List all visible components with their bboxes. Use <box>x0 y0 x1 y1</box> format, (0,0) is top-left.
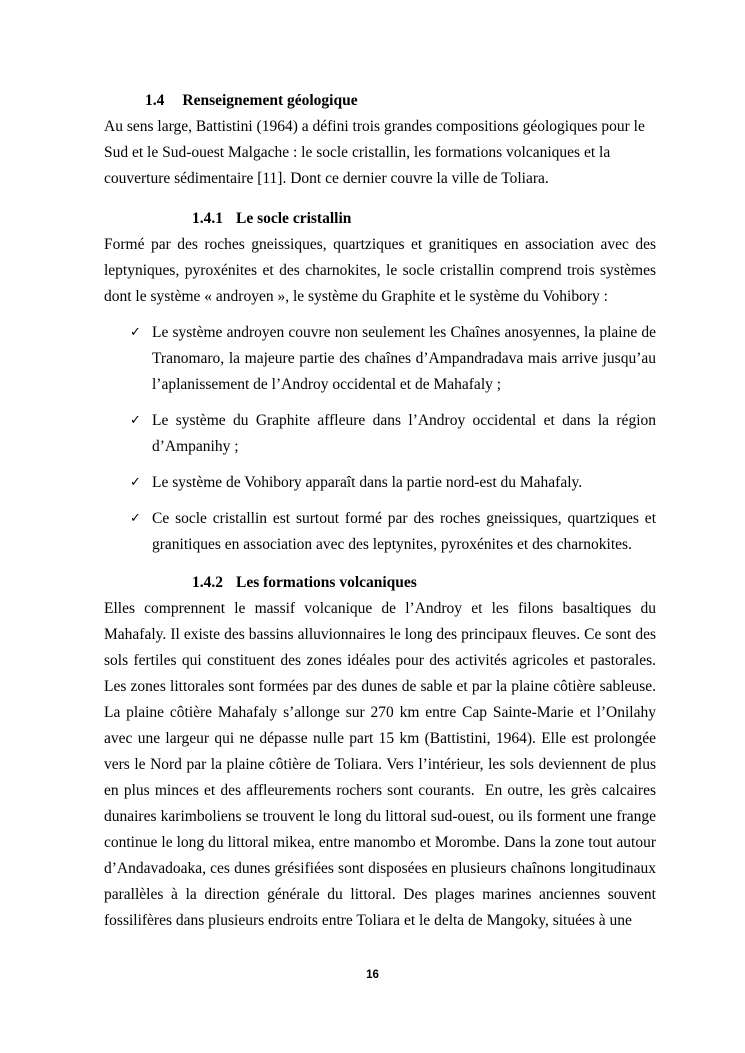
list-item-text: Le système du Graphite affleure dans l’A… <box>152 408 656 460</box>
checkmark-icon: ✓ <box>130 408 152 460</box>
paragraph: Elles comprennent le massif volcanique d… <box>104 596 656 934</box>
section-socle-cristallin: 1.4.1 Le socle cristallin Formé par des … <box>104 206 656 558</box>
checkmark-icon: ✓ <box>130 470 152 496</box>
heading-title: Le socle cristallin <box>236 206 351 232</box>
list-item-text: Le système androyen couvre non seulement… <box>152 320 656 398</box>
section-renseignement-geologique: 1.4 Renseignement géologique Au sens lar… <box>104 88 656 192</box>
document-page: 1.4 Renseignement géologique Au sens lar… <box>0 0 745 1053</box>
heading-number: 1.4.1 <box>192 206 223 232</box>
list-item-text: Le système de Vohibory apparaît dans la … <box>152 470 656 496</box>
page-content: 1.4 Renseignement géologique Au sens lar… <box>104 88 656 934</box>
section-formations-volcaniques: 1.4.2 Les formations volcaniques Elles c… <box>104 570 656 934</box>
paragraph: Formé par des roches gneissiques, quartz… <box>104 232 656 310</box>
list-item: ✓ Le système du Graphite affleure dans l… <box>130 408 656 460</box>
section-heading: 1.4.1 Le socle cristallin <box>104 206 656 232</box>
check-list: ✓ Le système androyen couvre non seuleme… <box>104 320 656 558</box>
page-number: 16 <box>366 969 379 981</box>
list-item: ✓ Ce socle cristallin est surtout formé … <box>130 506 656 558</box>
section-heading: 1.4 Renseignement géologique <box>104 88 656 114</box>
heading-number: 1.4.2 <box>192 570 223 596</box>
checkmark-icon: ✓ <box>130 320 152 398</box>
page-footer: 16 <box>0 968 745 983</box>
heading-number: 1.4 <box>145 88 164 114</box>
section-heading: 1.4.2 Les formations volcaniques <box>104 570 656 596</box>
list-item: ✓ Le système androyen couvre non seuleme… <box>130 320 656 398</box>
heading-title: Les formations volcaniques <box>236 570 417 596</box>
paragraph: Au sens large, Battistini (1964) a défin… <box>104 114 656 192</box>
checkmark-icon: ✓ <box>130 506 152 558</box>
list-item: ✓ Le système de Vohibory apparaît dans l… <box>130 470 656 496</box>
heading-title: Renseignement géologique <box>182 88 357 114</box>
list-item-text: Ce socle cristallin est surtout formé pa… <box>152 506 656 558</box>
